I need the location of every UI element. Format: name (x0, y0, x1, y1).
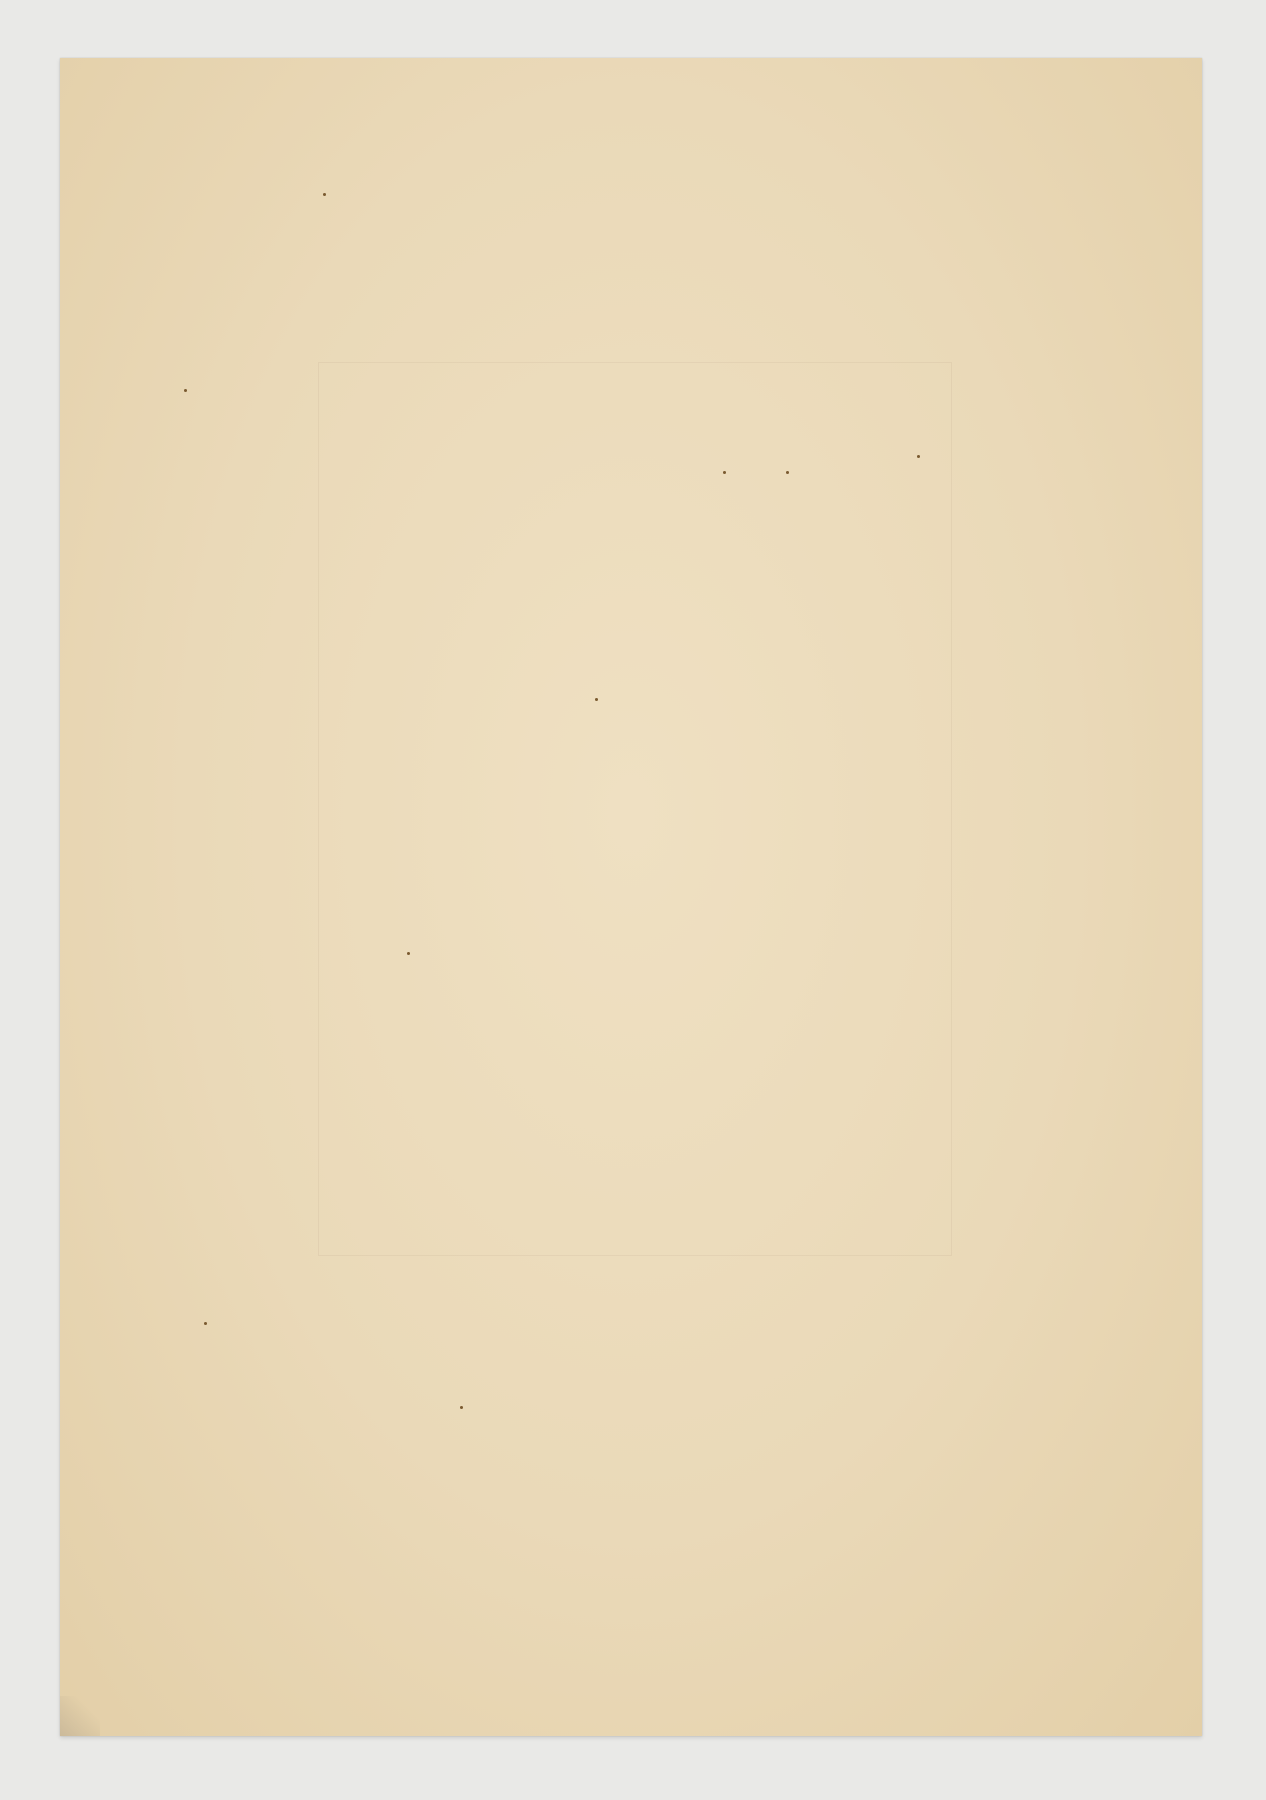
speck (723, 471, 726, 474)
speck (460, 1406, 463, 1409)
speck (595, 698, 598, 701)
speck (184, 389, 187, 392)
corner-wear (60, 1696, 100, 1736)
speck (786, 471, 789, 474)
speck (323, 193, 326, 196)
speck (917, 455, 920, 458)
faint-plate-mark (318, 362, 952, 1256)
speck (204, 1322, 207, 1325)
speck (407, 952, 410, 955)
paper-sheet (60, 58, 1202, 1736)
